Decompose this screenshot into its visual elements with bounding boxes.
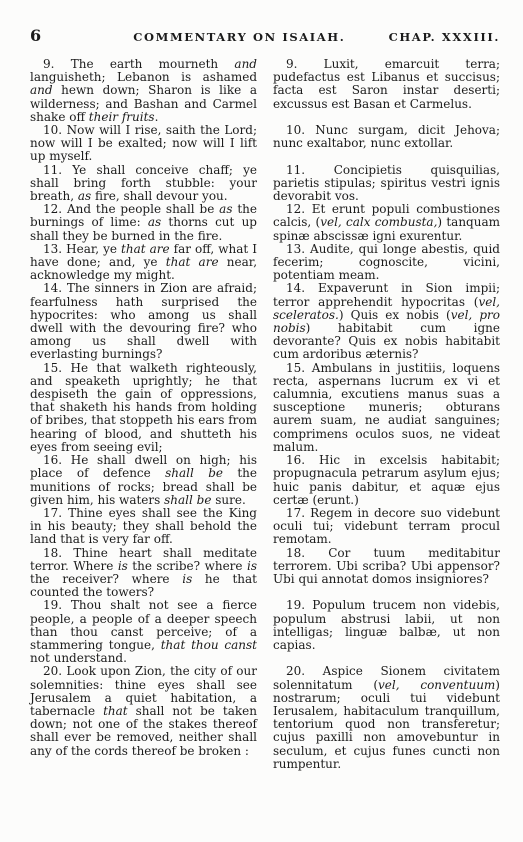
verse-latin: 19. Populum trucem non videbis, populum … (273, 599, 500, 652)
chapter-heading: CHAP. XXXIII. (389, 30, 500, 44)
verse-english: 18. Thine heart shall meditate terror. W… (30, 547, 257, 600)
verse-english: 17. Thine eyes shall see the King in his… (30, 507, 257, 547)
verse-latin: 12. Et erunt populi combustiones calcis,… (273, 203, 500, 243)
running-title: COMMENTARY ON ISAIAH. (100, 30, 379, 44)
verse-latin: 16. Hic in excelsis habitabit; propugnac… (273, 454, 500, 507)
verse-latin: 11. Concipietis quisquilias, parietis st… (273, 164, 500, 204)
verse-english: 11. Ye shall conceive chaff; ye shall br… (30, 164, 257, 204)
verse-latin: 10. Nunc surgam, dicit Jehova; nunc exal… (273, 124, 500, 150)
verse-english: 13. Hear, ye that are far off, what I ha… (30, 243, 257, 283)
book-page: 6 COMMENTARY ON ISAIAH. CHAP. XXXIII. 9.… (0, 0, 523, 842)
verse-latin: 17. Regem in decore suo videbunt oculi t… (273, 507, 500, 547)
verse-row: 15. He that walketh righteously, and spe… (30, 362, 500, 454)
verse-english: 16. He shall dwell on high; his place of… (30, 454, 257, 507)
verse-latin: 9. Luxit, emarcuit terra; pudefactus est… (273, 58, 500, 111)
verse-latin: 14. Expaverunt in Sion impii; terror app… (273, 282, 500, 361)
verse-row: 11. Ye shall conceive chaff; ye shall br… (30, 164, 500, 204)
verse-row: 10. Now will I rise, saith the Lord; now… (30, 124, 500, 164)
verse-row: 16. He shall dwell on high; his place of… (30, 454, 500, 507)
verse-latin: 13. Audite, qui longe abestis, quid fece… (273, 243, 500, 283)
verse-latin: 15. Ambulans in justitiis, loquens recta… (273, 362, 500, 454)
verse-english: 12. And the people shall be as the burni… (30, 203, 257, 243)
verse-row: 12. And the people shall be as the burni… (30, 203, 500, 243)
verse-english: 10. Now will I rise, saith the Lord; now… (30, 124, 257, 164)
verse-latin: 20. Aspice Sionem civitatem solennitatum… (273, 665, 500, 771)
verse-english: 19. Thou shalt not see a fierce people, … (30, 599, 257, 665)
page-header: 6 COMMENTARY ON ISAIAH. CHAP. XXXIII. (30, 26, 500, 45)
verse-latin: 18. Cor tuum meditabitur terrorem. Ubi s… (273, 547, 500, 587)
verse-english: 20. Look upon Zion, the city of our sole… (30, 665, 257, 757)
verse-row: 13. Hear, ye that are far off, what I ha… (30, 243, 500, 283)
verse-english: 15. He that walketh righteously, and spe… (30, 362, 257, 454)
verse-english: 14. The sinners in Zion are afraid; fear… (30, 282, 257, 361)
verse-row: 18. Thine heart shall meditate terror. W… (30, 547, 500, 600)
page-number: 6 (30, 26, 100, 45)
verse-row: 19. Thou shalt not see a fierce people, … (30, 599, 500, 665)
verse-row: 17. Thine eyes shall see the King in his… (30, 507, 500, 547)
verse-row: 9. The earth mourneth and languisheth; L… (30, 58, 500, 124)
verse-english: 9. The earth mourneth and languisheth; L… (30, 58, 257, 124)
verse-columns: 9. The earth mourneth and languisheth; L… (30, 58, 500, 771)
verse-row: 14. The sinners in Zion are afraid; fear… (30, 282, 500, 361)
verse-row: 20. Look upon Zion, the city of our sole… (30, 665, 500, 771)
